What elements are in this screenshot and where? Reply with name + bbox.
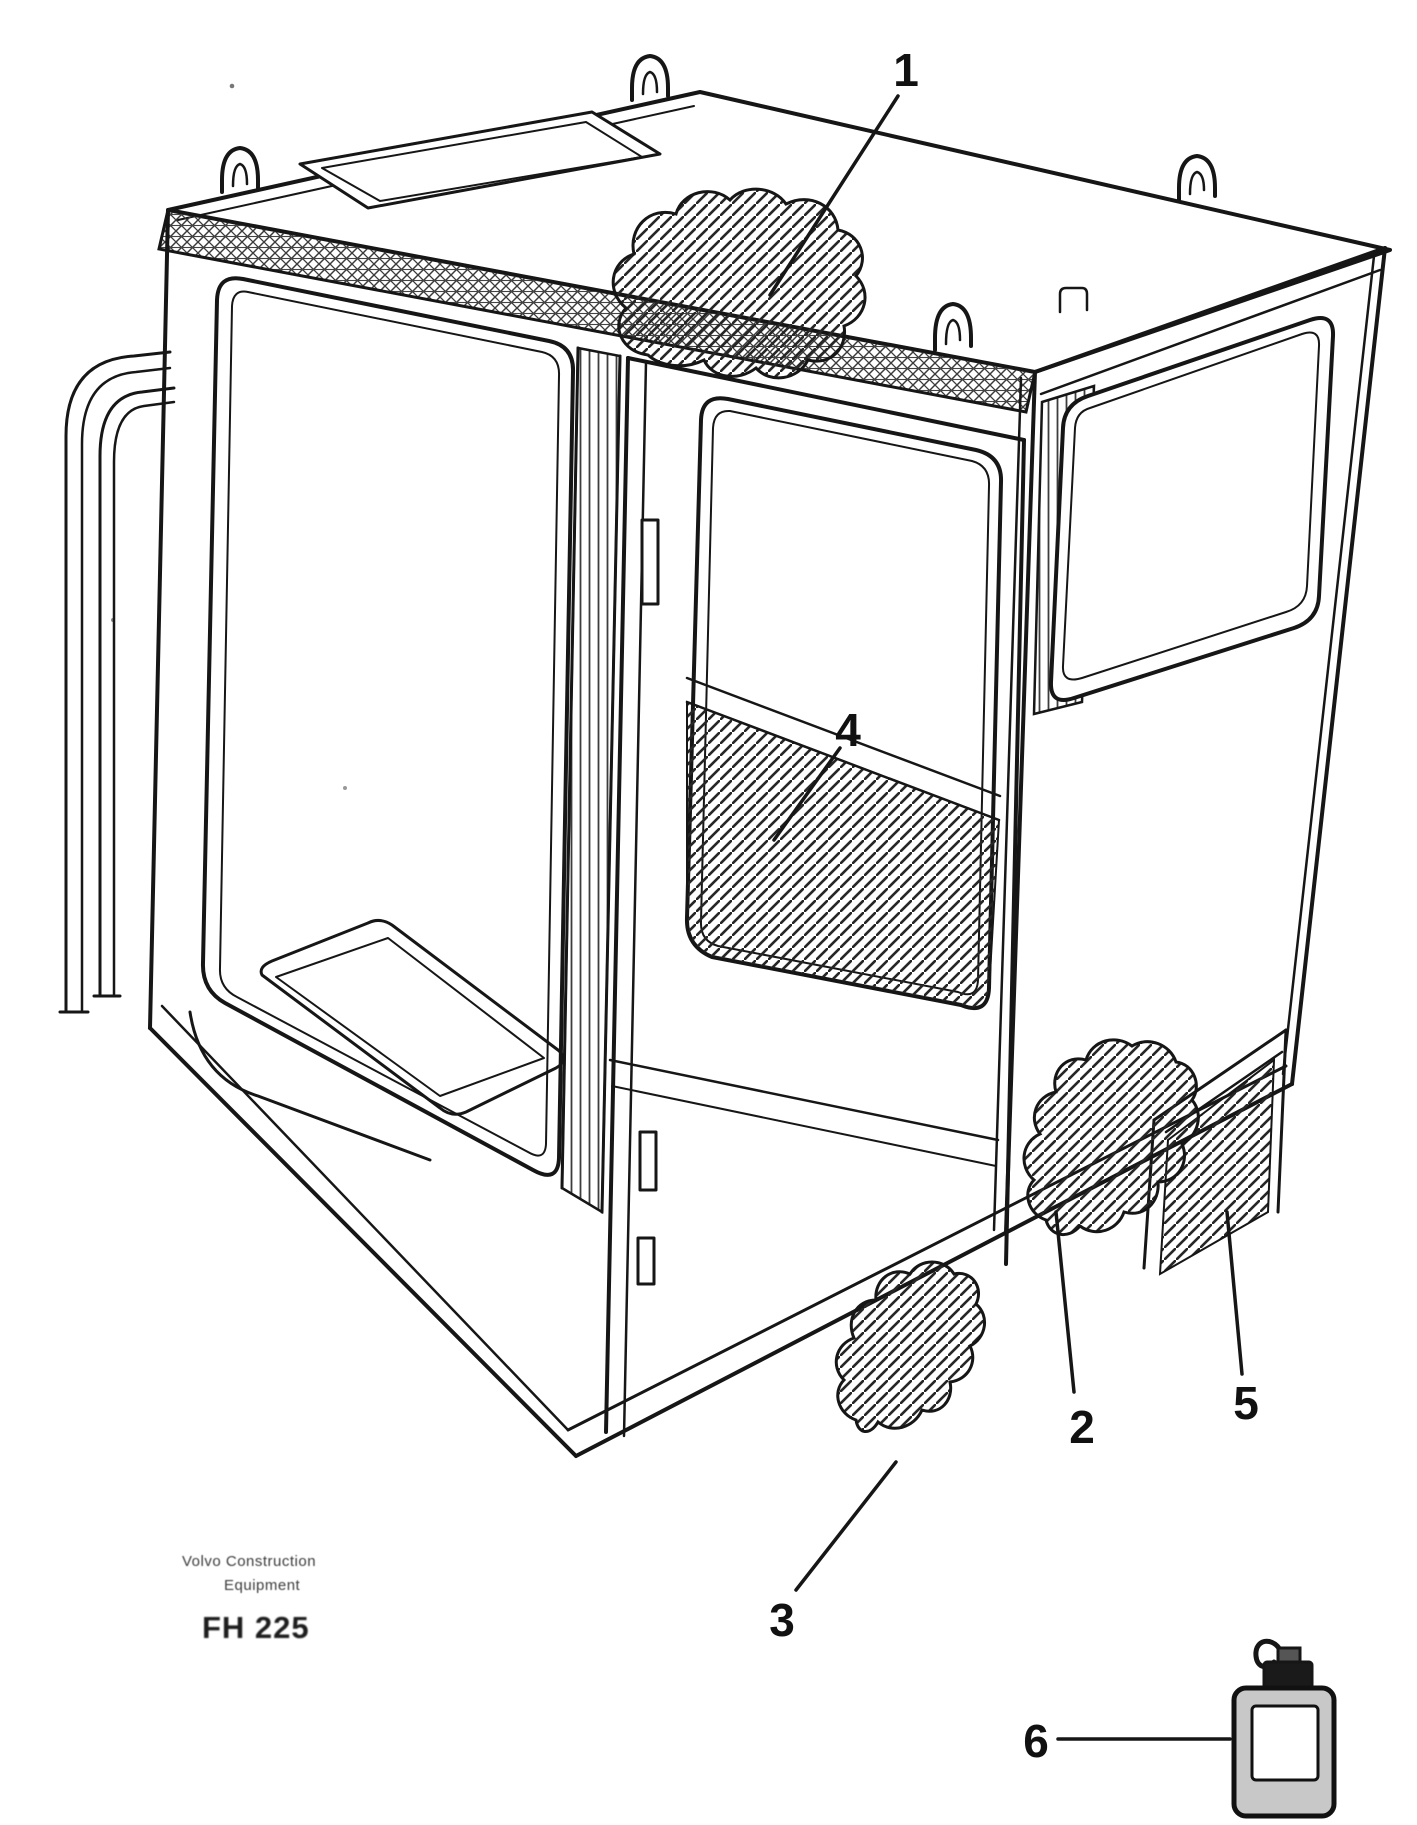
lifting-eye-icon <box>935 304 971 350</box>
brand-text-line2: Equipment <box>224 1577 301 1594</box>
door-hinge <box>640 1132 656 1190</box>
lifting-eye-icon <box>1179 156 1215 200</box>
callout-4-label: 4 <box>835 704 861 756</box>
callout-2-label: 2 <box>1069 1401 1095 1453</box>
callout-5-label: 5 <box>1233 1377 1259 1429</box>
door-latch-plate <box>642 520 658 604</box>
lifting-eye-icon <box>222 148 258 192</box>
brand-text-line1: Volvo Construction <box>182 1553 316 1570</box>
figure-code: FH 225 <box>202 1610 310 1645</box>
callout-1-label: 1 <box>893 44 919 96</box>
door-hinge <box>638 1238 654 1284</box>
lifting-eye-icon <box>632 56 668 100</box>
callout-3-label: 3 <box>769 1594 795 1646</box>
insulation-panel-1 <box>613 189 865 378</box>
callout-6-label: 6 <box>1023 1715 1049 1767</box>
glue-bottle-label <box>1252 1706 1318 1780</box>
cab-insulation-diagram: 1 2 3 4 5 6 Volvo Construction <box>0 0 1417 1825</box>
